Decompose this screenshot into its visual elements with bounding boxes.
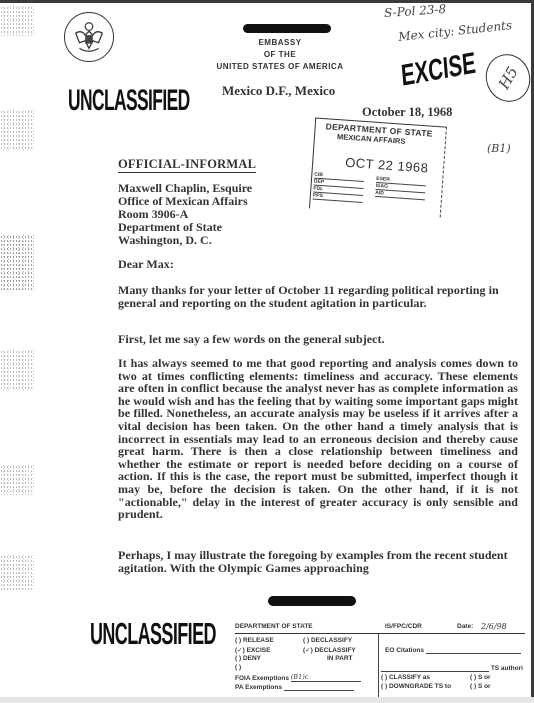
eo-citations: EO Citations	[385, 646, 521, 654]
circle-mark-text: H5	[495, 64, 522, 93]
salutation: Dear Max:	[118, 258, 518, 271]
redaction-bar	[268, 596, 356, 606]
classify-s-or: ( ) S or	[470, 674, 491, 681]
option-deny: ( ) DENY	[235, 655, 261, 662]
downgrade-s-or: ( ) S or	[470, 683, 491, 690]
scan-noise	[0, 6, 34, 36]
redaction-bar	[243, 24, 331, 33]
address-block: Maxwell Chaplin, Esquire Office of Mexic…	[118, 182, 252, 247]
form-reviewer: IS/FPC/CDR	[385, 623, 422, 630]
letterhead-of-the: OF THE	[180, 50, 380, 59]
us-seal-icon	[64, 12, 114, 62]
form-header: DEPARTMENT OF STATE IS/FPC/CDR Date: 2/6…	[235, 623, 525, 634]
excise-stamp: EXCISE	[400, 47, 477, 94]
stamp-codes-left: CIB DEP FDL PPS	[313, 172, 365, 203]
scan-noise	[0, 110, 34, 150]
address-line: Washington, D. C.	[118, 234, 252, 247]
scan-noise	[0, 555, 34, 590]
stamp-codes-right: ESER ISAG AID	[375, 176, 426, 200]
classification-bottom: UNCLASSIFIED	[90, 616, 216, 652]
letterhead-country: UNITED STATES OF AMERICA	[180, 62, 380, 71]
form-date-label: Date:	[457, 623, 473, 630]
form-title: DEPARTMENT OF STATE	[235, 623, 313, 630]
letterhead-embassy: EMBASSY	[180, 38, 380, 47]
classification-top: UNCLASSIFIED	[68, 84, 190, 118]
form-date-value: 2/6/98	[481, 622, 507, 631]
ts-authority: TS authori	[381, 664, 523, 672]
option-blank: ( )	[235, 664, 241, 671]
pa-exemptions: PA Exemptions	[235, 683, 354, 691]
stamp-date: OCT 22 1968	[345, 155, 429, 176]
window-top-border	[0, 0, 534, 3]
handwritten-circle-mark: H5	[479, 48, 534, 108]
received-stamp: DEPARTMENT OF STATE MEXICAN AFFAIRS OCT …	[309, 118, 447, 218]
paragraph: Many thanks for your letter of October 1…	[118, 284, 518, 309]
paragraph: Perhaps, I may illustrate the foregoing …	[118, 549, 518, 574]
official-informal-heading: OFFICIAL-INFORMAL	[118, 157, 256, 173]
scan-noise	[0, 350, 34, 390]
option-declassify-in-part: (✓) DECLASSIFY	[303, 646, 356, 654]
form-divider	[378, 634, 379, 697]
handwritten-subject: Mex city: Students	[398, 18, 513, 44]
option-in-part: IN PART	[327, 655, 353, 662]
downgrade-ts-to: ( ) DOWNGRADE TS to	[381, 683, 451, 690]
paragraph: It has always seemed to me that good rep…	[118, 357, 518, 521]
handwritten-margin-mark: (B1)	[487, 142, 511, 155]
option-excise: (✓) EXCISE	[235, 646, 270, 654]
handwritten-file-ref: S-Pol 23-8	[384, 2, 447, 20]
window-bottom-border	[0, 697, 534, 703]
option-release: ( ) RELEASE	[235, 637, 274, 644]
classify-as: ( ) CLASSIFY as	[381, 674, 430, 681]
letter-date: October 18, 1968	[362, 105, 452, 120]
scan-noise	[0, 235, 34, 290]
foia-exemptions: FOIA Exemptions (B1)c	[235, 673, 361, 682]
option-declassify: ( ) DECLASSIFY	[303, 637, 352, 644]
paragraph: First, let me say a few words on the gen…	[118, 333, 518, 346]
scan-noise	[0, 465, 34, 495]
letterhead-place: Mexico D.F., Mexico	[222, 83, 335, 99]
